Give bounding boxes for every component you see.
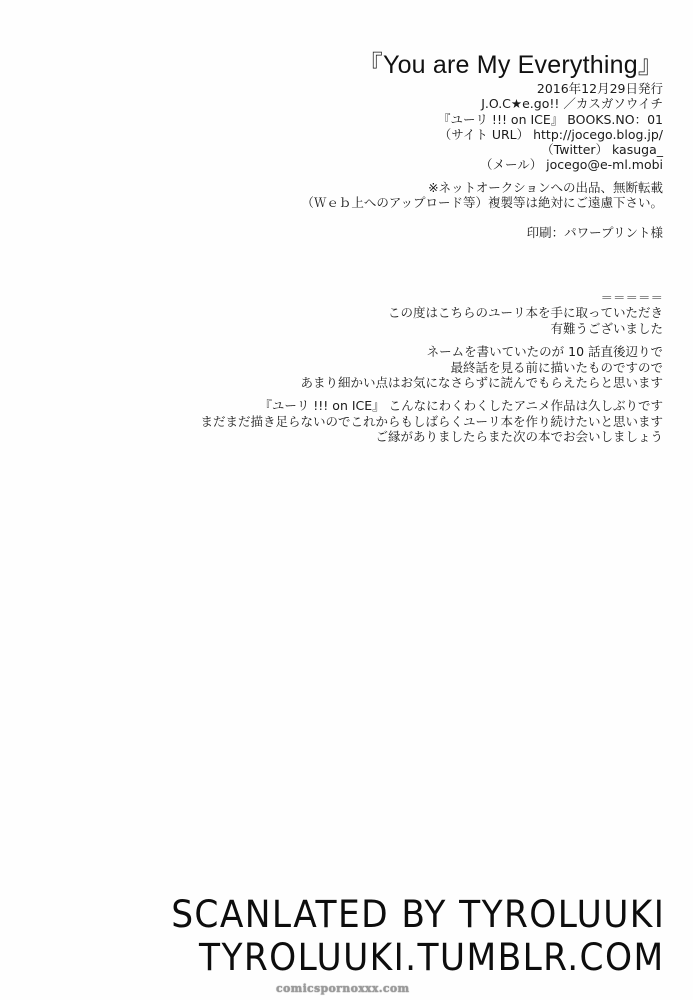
- afterword-paragraph: 『ユーリ !!! on ICE』 こんなにわくわくしたアニメ作品は久しぶりです …: [200, 398, 663, 444]
- publication-date: 2016年12月29日発行: [438, 81, 663, 96]
- email-address: （メール） jocego@e-ml.mobi: [438, 157, 663, 172]
- printer-credit: 印刷：パワープリント様: [527, 225, 663, 240]
- afterword-line: まだまだ描き足らないのでこれからもしばらくユーリ本を作り続けたいと思います: [200, 414, 663, 429]
- copyright-notice: ※ネットオークションへの出品、無断転載 （Ｗｅｂ上へのアップロード等）複製等は絶…: [301, 180, 663, 211]
- twitter-handle: （Twitter） kasuga_: [438, 142, 663, 157]
- scanlation-credit: SCANLATED BY TYROLUUKI: [171, 893, 665, 937]
- afterword-paragraph: この度はこちらのユーリ本を手に取っていただき 有難うございました: [200, 305, 663, 336]
- afterword-line: ネームを書いていたのが 10 話直後辺りで: [200, 344, 663, 359]
- afterword-line: 有難うございました: [200, 321, 663, 336]
- scanlator-url: TYROLUUKI.TUMBLR.COM: [199, 936, 665, 980]
- book-title: 『You are My Everything』: [358, 50, 663, 80]
- afterword-page: 『You are My Everything』 2016年12月29日発行 J.…: [0, 0, 693, 1000]
- afterword-line: 『ユーリ !!! on ICE』 こんなにわくわくしたアニメ作品は久しぶりです: [200, 398, 663, 413]
- afterword-message: ＝＝＝＝＝ この度はこちらのユーリ本を手に取っていただき 有難うございました ネ…: [200, 290, 663, 445]
- afterword-line: ご縁がありましたらまた次の本でお会いしましょう: [200, 429, 663, 444]
- book-series-number: 『ユーリ !!! on ICE』 BOOKS.NO：01: [438, 112, 663, 127]
- separator: ＝＝＝＝＝: [200, 290, 663, 305]
- notice-line: （Ｗｅｂ上へのアップロード等）複製等は絶対にご遠慮下さい。: [301, 195, 663, 210]
- afterword-paragraph: ネームを書いていたのが 10 話直後辺りで 最終話を見る前に描いたものですので …: [200, 344, 663, 390]
- afterword-line: この度はこちらのユーリ本を手に取っていただき: [200, 305, 663, 320]
- notice-line: ※ネットオークションへの出品、無断転載: [301, 180, 663, 195]
- circle-author: J.O.C★e.go!! ／カスガソウイチ: [438, 96, 663, 111]
- colophon: 2016年12月29日発行 J.O.C★e.go!! ／カスガソウイチ 『ユーリ…: [438, 81, 663, 173]
- afterword-line: あまり細かい点はお気になさらずに読んでもらえたらと思います: [200, 375, 663, 390]
- site-url: （サイト URL） http://jocego.blog.jp/: [438, 127, 663, 142]
- site-watermark: comicspornoxxx.com: [276, 982, 409, 996]
- afterword-line: 最終話を見る前に描いたものですので: [200, 360, 663, 375]
